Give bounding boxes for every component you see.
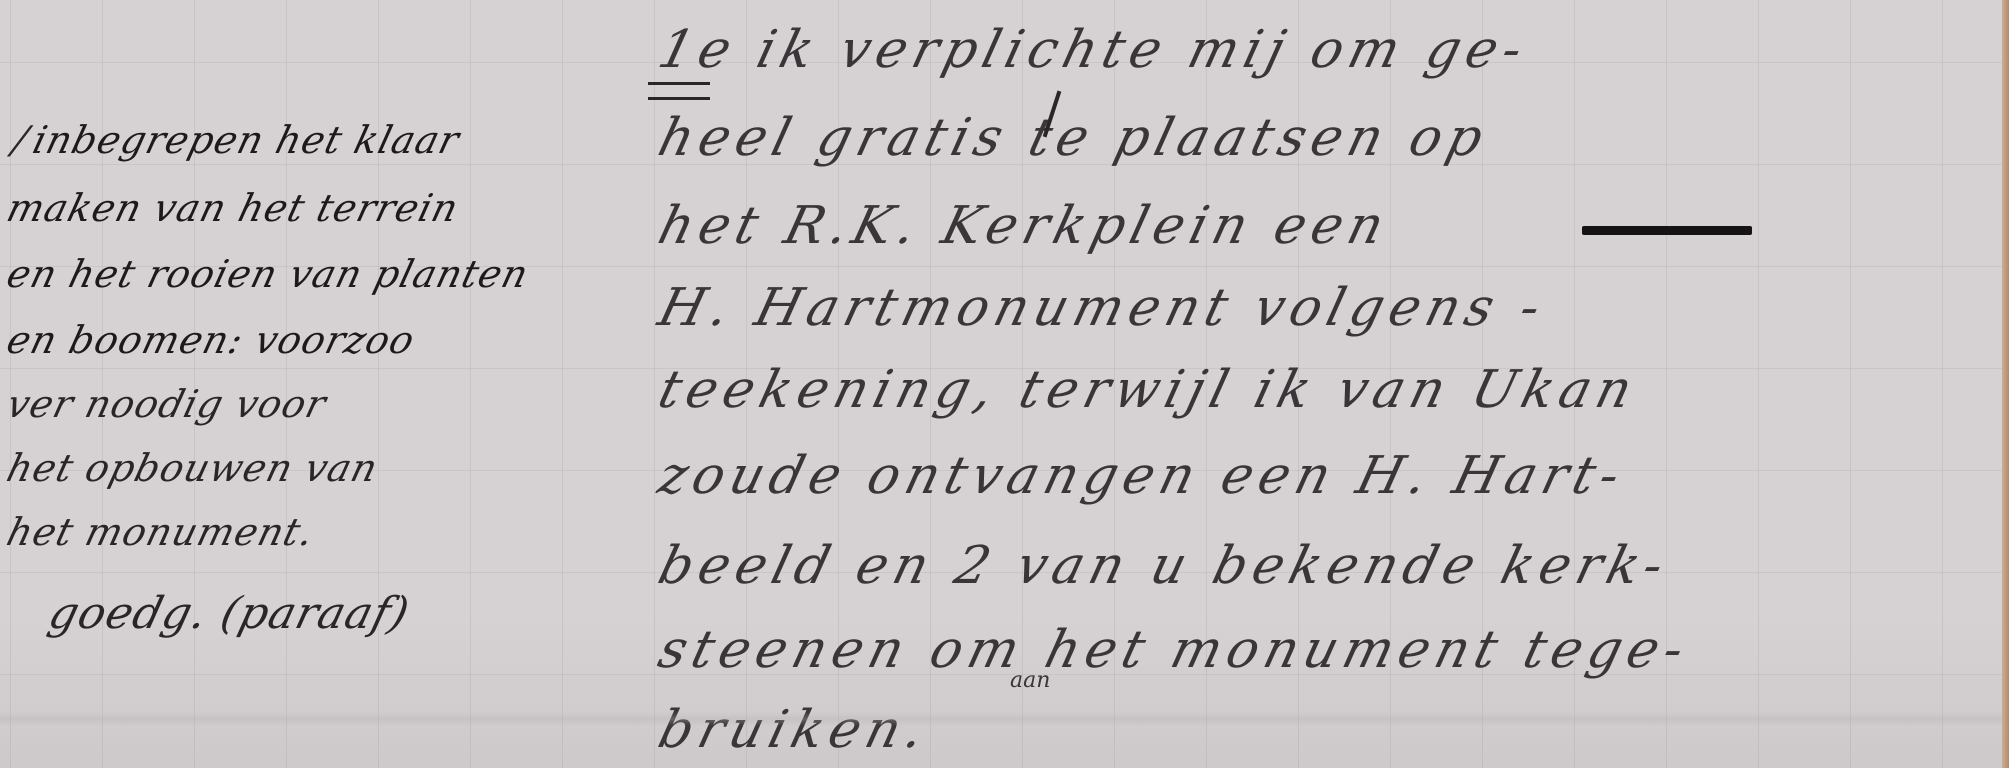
- margin-line-7: het monument.: [3, 510, 319, 554]
- approval-signature: goedg. (paraaf): [44, 588, 415, 639]
- main-line-1: 1e ik verplichte mij om ge-: [653, 20, 1535, 80]
- margin-line-4: en boomen: voorzoo: [3, 318, 420, 362]
- main-line-5: teekening, terwijl ik van Ukan: [653, 360, 1644, 420]
- main-line-7: beeld en 2 van u bekende kerk-: [653, 536, 1676, 596]
- margin-line-6: het opbouwen van: [3, 446, 383, 490]
- paper-fold: [0, 712, 2002, 726]
- margin-line-2: maken van het terrein: [3, 186, 464, 230]
- main-line-8: steenen om het monument tege-: [653, 620, 1696, 680]
- main-line-9: bruiken.: [653, 700, 937, 760]
- document-page: / inbegrepen het klaar maken van het ter…: [0, 0, 2009, 768]
- inserted-word: aan: [1010, 668, 1050, 693]
- margin-line-1: inbegrepen het klaar: [29, 118, 465, 162]
- margin-line-3: en het rooien van planten: [3, 252, 534, 296]
- main-line-3: het R.K. Kerkplein een: [653, 196, 1396, 256]
- main-line-6: zoude ontvangen een H. Hart-: [653, 446, 1632, 506]
- number-underline: [648, 82, 710, 100]
- main-line-4: H. Hartmonument volgens -: [653, 278, 1553, 338]
- paper-edge: [2002, 0, 2009, 768]
- margin-line-5: ver noodig voor: [3, 382, 332, 426]
- main-line-2: heel gratis te plaatsen op: [653, 108, 1495, 168]
- redaction-strike: [1582, 226, 1752, 235]
